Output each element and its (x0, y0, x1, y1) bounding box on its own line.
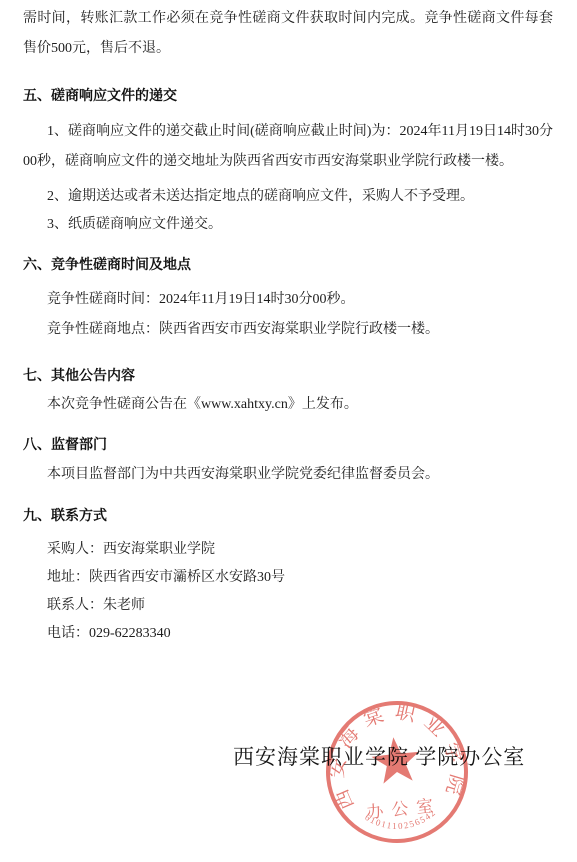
contact-address: 地址：陕西省西安市灞桥区水安路30号 (23, 564, 553, 592)
paragraph: 3、纸质磋商响应文件递交。 (23, 210, 553, 240)
paragraph: 竞争性磋商时间：2024年11月19日14时30分00秒。 (23, 285, 553, 315)
section-heading-8: 八、监督部门 (23, 429, 553, 459)
paragraph: 1、磋商响应文件的递交截止时间(磋商响应截止时间)为：2024年11月19日14… (23, 117, 553, 177)
star-icon (370, 735, 422, 785)
paragraph: 2、逾期送达或者未送达指定地点的磋商响应文件，采购人不予受理。 (23, 182, 553, 212)
contact-purchaser: 采购人：西安海棠职业学院 (23, 536, 553, 564)
section-heading-6: 六、竞争性磋商时间及地点 (23, 249, 553, 279)
section-heading-5: 五、磋商响应文件的递交 (23, 80, 553, 110)
official-stamp: 西安海棠职业学院 办公室 6101110256542 (309, 684, 485, 860)
contact-phone: 电话：029-62283340 (23, 620, 553, 648)
paragraph: 竞争性磋商地点：陕西省西安市西安海棠职业学院行政楼一楼。 (23, 315, 553, 345)
contact-person: 联系人：朱老师 (23, 592, 553, 620)
paragraph: 本次竞争性磋商公告在《www.xahtxy.cn》上发布。 (23, 390, 553, 420)
section-heading-9: 九、联系方式 (23, 500, 553, 530)
contact-info-block: 采购人：西安海棠职业学院 地址：陕西省西安市灞桥区水安路30号 联系人：朱老师 … (23, 536, 553, 648)
document-page: 需时间，转账汇款工作必须在竞争性磋商文件获取时间内完成。竞争性磋商文件每套售价5… (0, 0, 577, 862)
paragraph-continuation: 需时间，转账汇款工作必须在竞争性磋商文件获取时间内完成。竞争性磋商文件每套售价5… (23, 4, 553, 64)
section-heading-7: 七、其他公告内容 (23, 360, 553, 390)
paragraph: 本项目监督部门为中共西安海棠职业学院党委纪律监督委员会。 (23, 460, 553, 490)
